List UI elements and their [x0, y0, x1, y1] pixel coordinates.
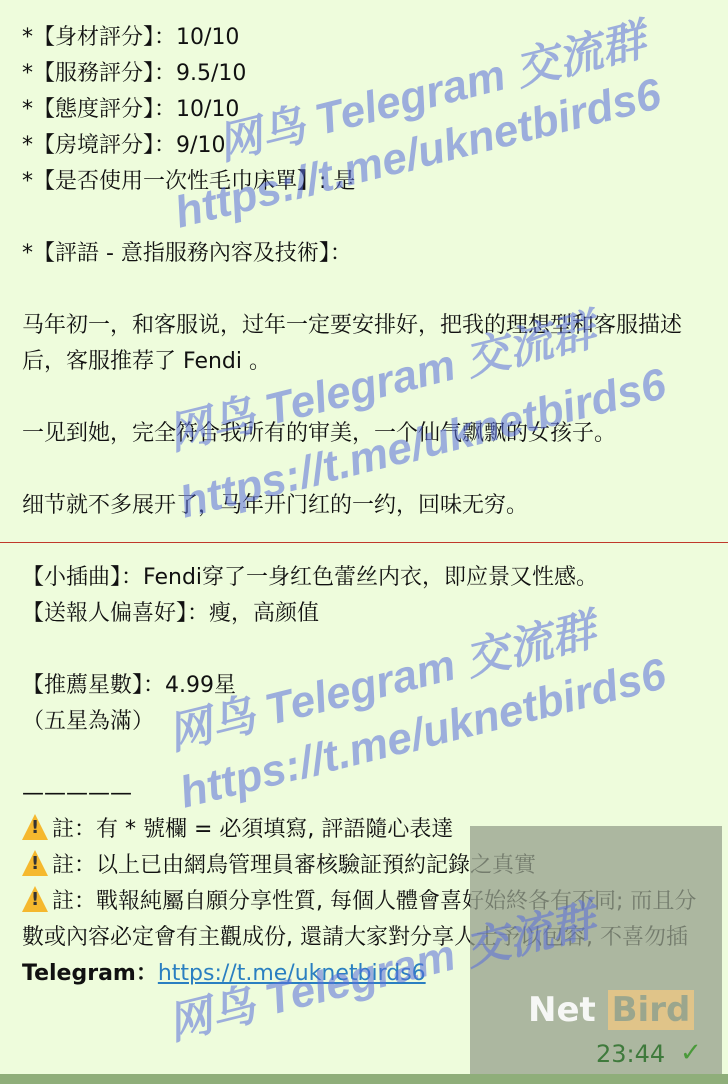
rating-value: 9/10: [176, 133, 225, 158]
warning-icon: [22, 886, 48, 912]
episode: 【小插曲】：Fendi穿了一身红色蕾丝内衣，即应景又性感。: [22, 560, 712, 596]
stars: 【推薦星數】：4.99星: [22, 668, 712, 704]
rating-label: *【是否使用一次性毛巾床單】: [22, 169, 319, 194]
warning-icon: [22, 814, 48, 840]
rating-attitude: *【態度評分】：10/10: [22, 92, 712, 128]
preference: 【送報人偏喜好】：瘦，高颜值: [22, 596, 712, 632]
separator: ：: [154, 25, 176, 50]
logo-net: Net: [528, 990, 596, 1030]
check-icon: ✓: [680, 1038, 702, 1068]
stars-note: （五星為滿）: [22, 704, 712, 740]
separator: ：: [154, 133, 176, 158]
rating-towels: *【是否使用一次性毛巾床單】: 是: [22, 164, 712, 200]
warning-icon: [22, 850, 48, 876]
review-paragraph: 一见到她，完全符合我所有的审美，一个仙气飘飘的女孩子。: [22, 416, 712, 452]
rating-room: *【房境評分】：9/10: [22, 128, 712, 164]
netbird-logo: Net Bird: [528, 990, 694, 1030]
stars-value: ：4.99星: [143, 673, 236, 698]
rating-label: *【身材評分】: [22, 25, 154, 50]
rating-body: *【身材評分】：10/10: [22, 20, 712, 56]
divider: —————: [22, 776, 712, 812]
note-text: 註：有 * 號欄 = 必須填寫, 評語隨心表達: [52, 817, 453, 842]
strike-line: [0, 542, 728, 543]
preference-text: ：瘦，高颜值: [187, 601, 319, 626]
separator: ：: [154, 97, 176, 122]
netbird-logo-overlay: [470, 826, 722, 1074]
review-header: *【評語 - 意指服務內容及技術】：: [22, 236, 712, 272]
stars-label: 【推薦星數】: [22, 673, 143, 698]
episode-label: 【小插曲】: [22, 565, 121, 590]
rating-service: *【服務評分】：9.5/10: [22, 56, 712, 92]
rating-label: *【態度評分】: [22, 97, 154, 122]
rating-label: *【房境評分】: [22, 133, 154, 158]
telegram-link[interactable]: https://t.me/uknetbirds6: [158, 961, 426, 986]
separator: ：: [154, 61, 176, 86]
logo-bird: Bird: [608, 990, 695, 1030]
message-time: 23:44: [596, 1040, 665, 1068]
review-paragraph: 细节就不多展开了，马年开门红的一约，回味无穷。: [22, 488, 712, 524]
rating-value: 10/10: [176, 25, 239, 50]
rating-value: 是: [333, 169, 355, 194]
preference-label: 【送報人偏喜好】: [22, 601, 187, 626]
separator: :: [319, 169, 333, 194]
note-text: 註：以上已由網鳥管理員審核驗証預約記錄之真實: [52, 853, 536, 878]
chat-background: [0, 1074, 728, 1084]
rating-value: 10/10: [176, 97, 239, 122]
rating-value: 9.5/10: [176, 61, 246, 86]
telegram-label: Telegram：: [22, 961, 158, 986]
rating-label: *【服務評分】: [22, 61, 154, 86]
review-paragraph: 马年初一，和客服说，过年一定要安排好，把我的理想型和客服描述后，客服推荐了 Fe…: [22, 308, 712, 380]
episode-text: ：Fendi穿了一身红色蕾丝内衣，即应景又性感。: [121, 565, 598, 590]
